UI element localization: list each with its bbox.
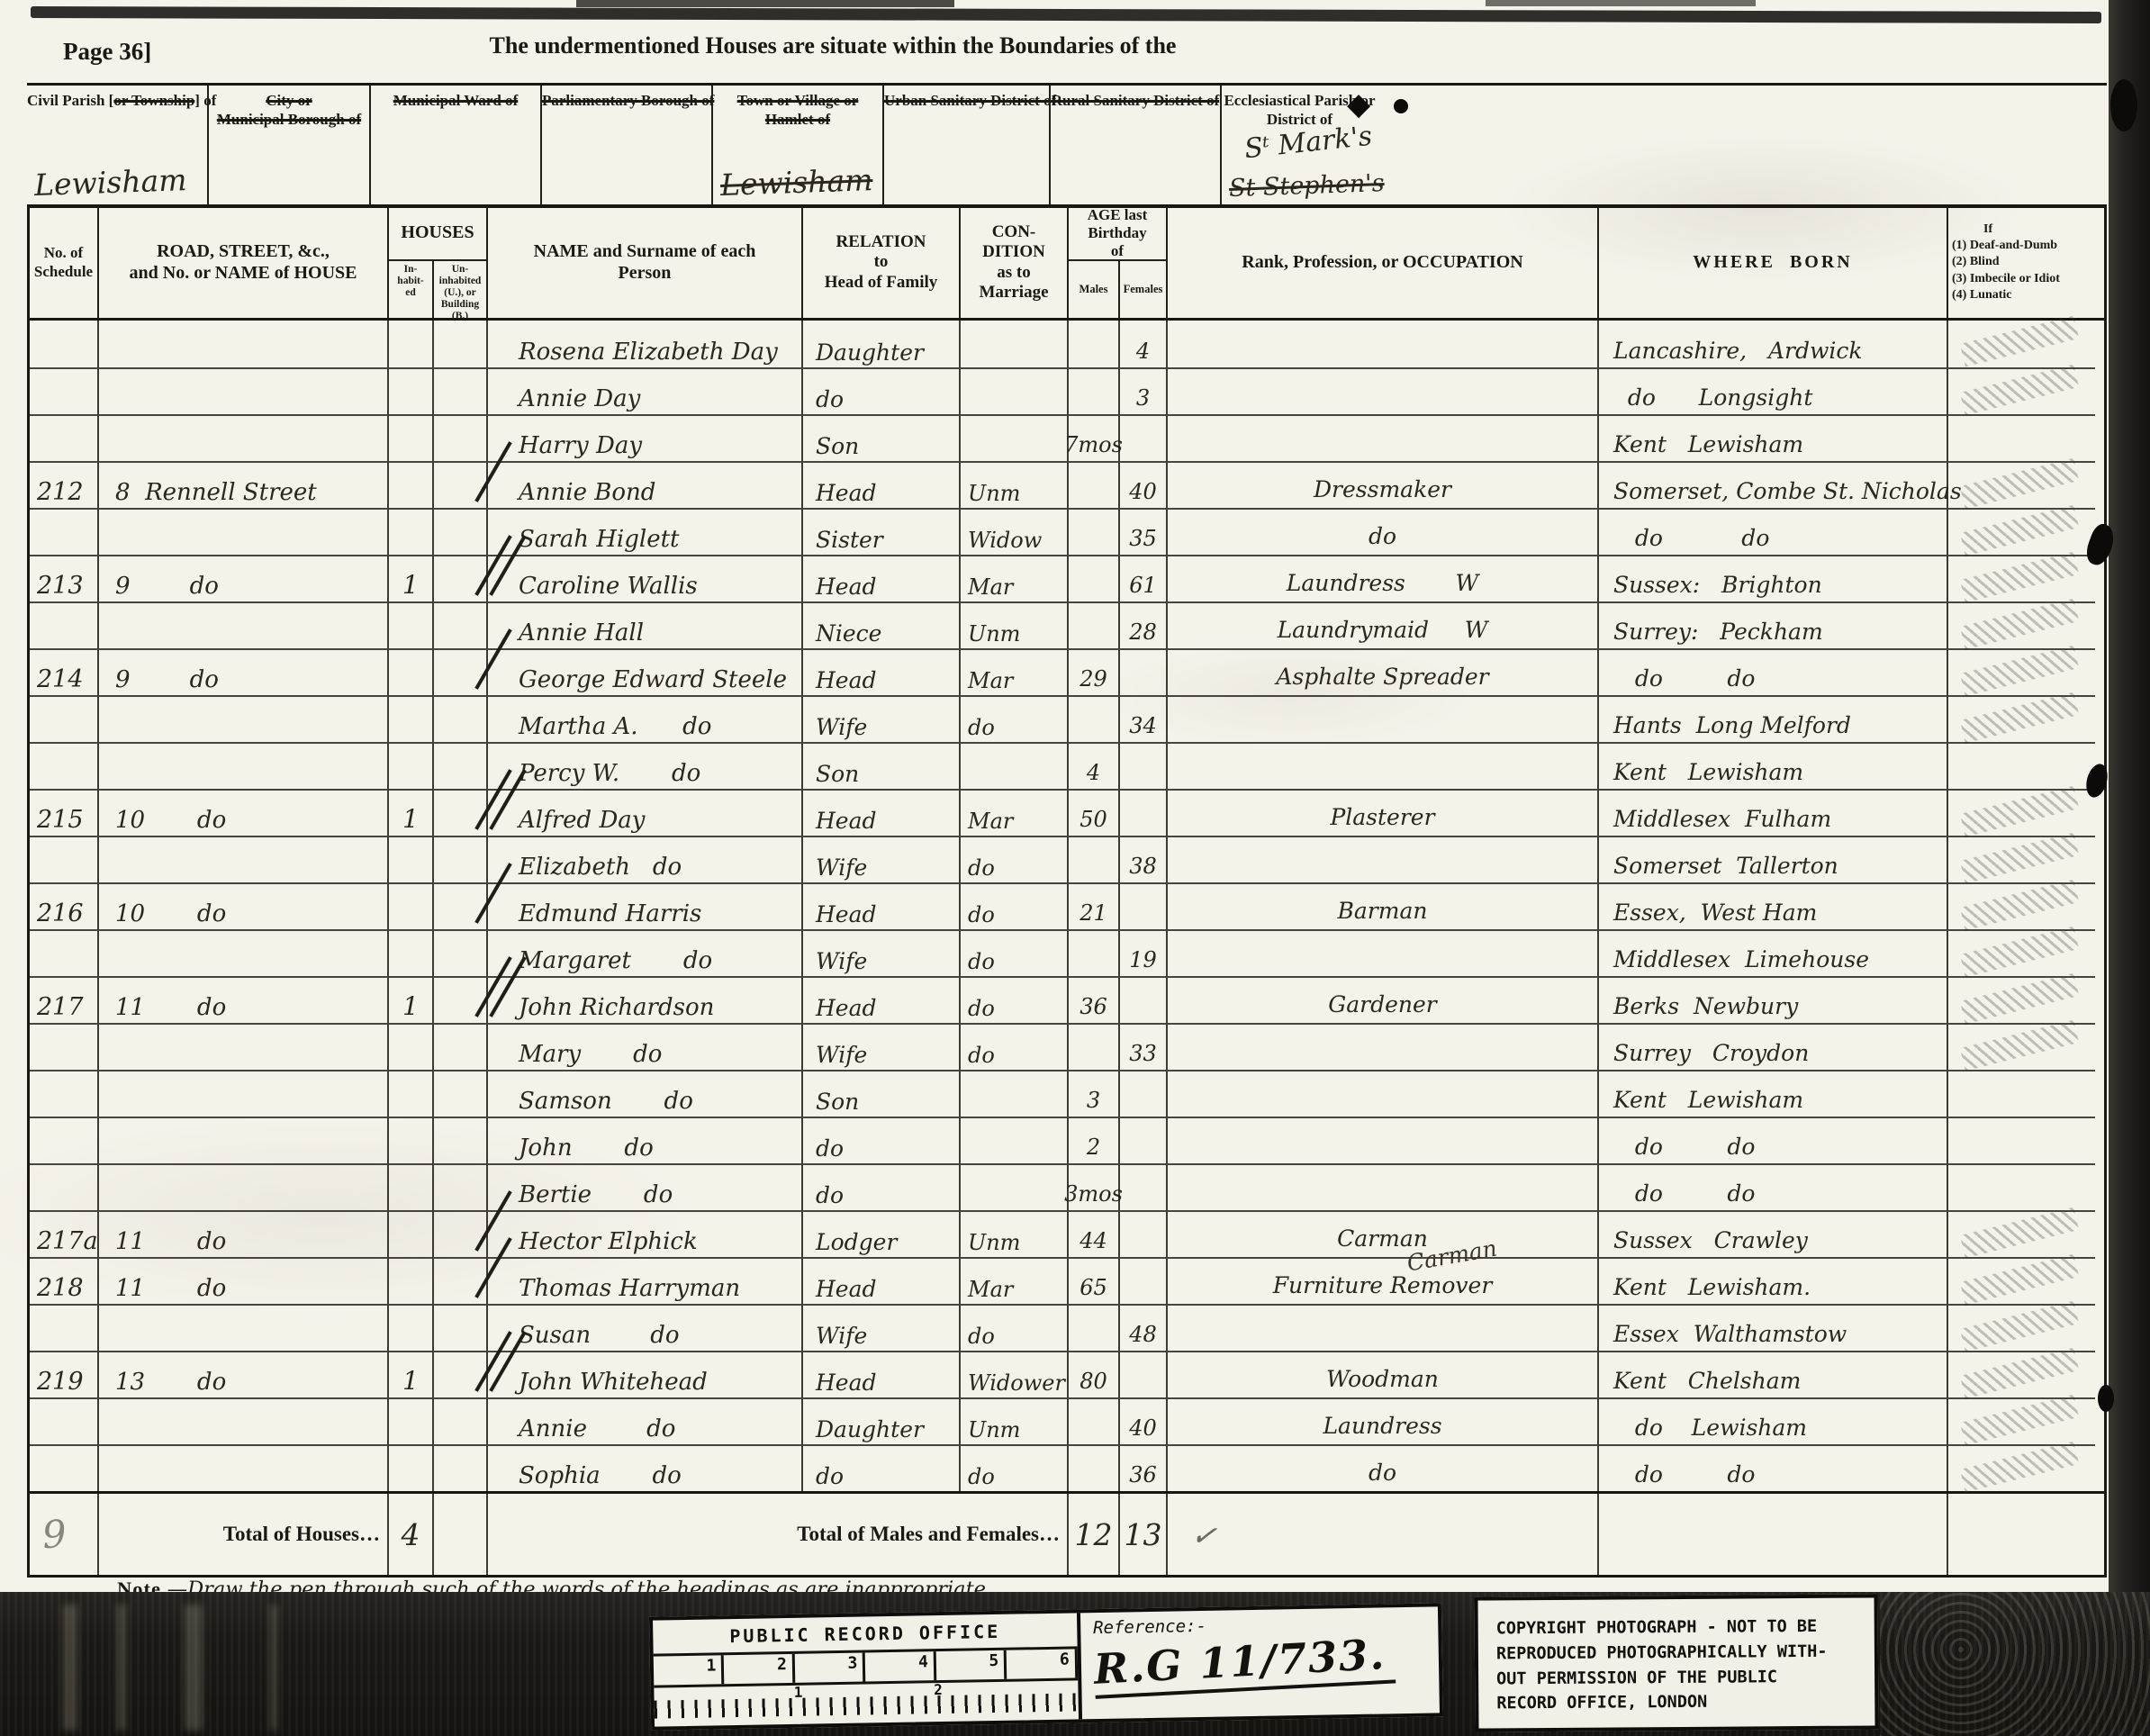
row-10-uninhabited: [432, 742, 486, 789]
row-12-infirmity: [1947, 836, 2095, 882]
row-24-inhabited: [387, 1397, 432, 1444]
row-3-relation: Son: [801, 414, 959, 461]
row-1-schedule: [30, 321, 97, 367]
col-header-road: ROAD, STREET, &c., and No. or NAME of HO…: [97, 207, 387, 318]
row-4-where-born: Somerset, Combe St. Nicholas: [1597, 461, 1947, 508]
row-21-infirmity: [1947, 1257, 2095, 1304]
row-22-schedule: [30, 1304, 97, 1351]
ruler-tick-strip: 1 2: [654, 1680, 1078, 1720]
row-9-relation: Wife: [801, 695, 959, 742]
row-7-where-born: Surrey: Peckham: [1597, 601, 1947, 648]
row-4-road: 8 Rennell Street: [97, 461, 387, 508]
row-17-age-female: [1118, 1070, 1166, 1117]
row-14-where-born: Middlesex Limehouse: [1597, 929, 1947, 976]
row-23-where-born: Kent Chelsham: [1597, 1351, 1947, 1397]
census-table: No. of Schedule ROAD, STREET, &c., and N…: [27, 204, 2107, 1578]
totals-males-females-label: Total of Males and Females…: [488, 1523, 1067, 1546]
row-13-age-female: [1118, 882, 1166, 929]
census-page-scan: Page 36] The undermentioned Houses are s…: [0, 0, 2150, 1736]
ecclesiastical-parish-struck-value: St Stephen's: [1229, 169, 1386, 203]
row-25-age-male: [1067, 1444, 1118, 1491]
row-1-relation: Daughter: [801, 321, 959, 367]
row-7-relation: Niece: [801, 601, 959, 648]
row-12-age-female: 38: [1118, 836, 1166, 882]
row-3-age-female: [1118, 414, 1166, 461]
row-18-road: [97, 1117, 387, 1163]
row-8-schedule: 214: [30, 648, 97, 695]
row-24-condition: Unm: [959, 1397, 1067, 1444]
ruler-number: 4: [865, 1651, 936, 1681]
row-5-age-female: 35: [1118, 508, 1166, 555]
ink-dot: [1394, 99, 1408, 113]
row-15-schedule: 217: [30, 976, 97, 1023]
totals-houses-value-cell: 4: [387, 1494, 432, 1575]
row-5-uninhabited: [432, 508, 486, 555]
row-12-where-born: Somerset Tallerton: [1597, 836, 1947, 882]
row-1-age-female: 4: [1118, 321, 1166, 367]
row-17-infirmity: [1947, 1070, 2095, 1117]
row-8-occupation: Asphalte Spreader: [1166, 648, 1597, 695]
row-10-occupation: [1166, 742, 1597, 789]
row-25-inhabited: [387, 1444, 432, 1491]
row-7-inhabited: [387, 601, 432, 648]
row-23-inhabited: 1: [387, 1351, 432, 1397]
row-24-where-born: do Lewisham: [1597, 1397, 1947, 1444]
row-5-road: [97, 508, 387, 555]
row-13-where-born: Essex, West Ham: [1597, 882, 1947, 929]
row-12-name: Elizabeth do: [486, 836, 801, 882]
row-6-name: Caroline Wallis: [486, 555, 801, 601]
table-body: Rosena Elizabeth DayDaughter4Lancashire,…: [30, 321, 2104, 1491]
row-10-name: Percy W. do: [486, 742, 801, 789]
row-12-condition: do: [959, 836, 1067, 882]
ruler-ticks: [655, 1693, 1079, 1718]
row-9-uninhabited: [432, 695, 486, 742]
row-13-relation: Head: [801, 882, 959, 929]
row-13-schedule: 216: [30, 882, 97, 929]
row-6-road: 9 do: [97, 555, 387, 601]
pencil-scribble: [1960, 1301, 2079, 1352]
civil-parish-label: Civil Parish [or Township] of: [27, 91, 207, 110]
row-16-occupation: [1166, 1023, 1597, 1070]
row-16-age-female: 33: [1118, 1023, 1166, 1070]
row-9-condition: do: [959, 695, 1067, 742]
row-25-infirmity: [1947, 1444, 2095, 1491]
row-18-age-female: [1118, 1117, 1166, 1163]
film-strip: PUBLIC RECORD OFFICE 1 2 3 4 5 6 1 2 Ref…: [0, 1592, 2150, 1736]
row-18-infirmity: [1947, 1117, 2095, 1163]
pencil-scribble: [1960, 1254, 2079, 1306]
row-24-road: [97, 1397, 387, 1444]
row-11-age-female: [1118, 789, 1166, 836]
row-8-age-female: [1118, 648, 1166, 695]
pencil-scribble: [1960, 1395, 2079, 1446]
row-22-relation: Wife: [801, 1304, 959, 1351]
col-header-name: NAME and Surname of each Person: [486, 207, 801, 318]
row-15-name: John Richardson: [486, 976, 801, 1023]
row-6-relation: Head: [801, 555, 959, 601]
row-21-schedule: 218: [30, 1257, 97, 1304]
row-2-occupation: [1166, 367, 1597, 414]
pro-ruler-section: PUBLIC RECORD OFFICE 1 2 3 4 5 6 1 2: [653, 1613, 1079, 1726]
row-21-name: Thomas Harryman: [486, 1257, 801, 1304]
row-11-schedule: 215: [30, 789, 97, 836]
row-7-occupation: Laundrymaid W: [1166, 601, 1597, 648]
row-11-condition: Mar: [959, 789, 1067, 836]
row-10-infirmity: [1947, 742, 2095, 789]
row-25-condition: do: [959, 1444, 1067, 1491]
col-header-females: Females: [1118, 261, 1166, 318]
row-15-infirmity: [1947, 976, 2095, 1023]
row-13-inhabited: [387, 882, 432, 929]
row-10-age-male: 4: [1067, 742, 1118, 789]
pro-office-name: PUBLIC RECORD OFFICE: [653, 1619, 1077, 1648]
row-15-inhabited: 1: [387, 976, 432, 1023]
row-17-uninhabited: [432, 1070, 486, 1117]
field-rural-sanitary: Rural Sanitary District of: [1049, 86, 1220, 205]
row-5-inhabited: [387, 508, 432, 555]
row-6-where-born: Sussex: Brighton: [1597, 555, 1947, 601]
row-20-inhabited: [387, 1210, 432, 1257]
field-parliamentary-borough: Parliamentary Borough of: [540, 86, 711, 205]
field-civil-parish: Civil Parish [or Township] of Lewisham: [27, 86, 207, 205]
row-17-age-male: 3: [1067, 1070, 1118, 1117]
row-3-uninhabited: [432, 414, 486, 461]
row-13-road: 10 do: [97, 882, 387, 929]
col-header-schedule: No. of Schedule: [30, 207, 97, 318]
col-header-inhabited: In- habit- ed: [387, 261, 432, 318]
row-17-name: Samson do: [486, 1070, 801, 1117]
totals-whereborn-cell: [1597, 1494, 1947, 1575]
pencil-scribble: [1960, 973, 2079, 1025]
row-14-infirmity: [1947, 929, 2095, 976]
row-11-infirmity: [1947, 789, 2095, 836]
field-municipal-borough: City or Municipal Borough of: [207, 86, 369, 205]
film-smudge-bar: [576, 0, 954, 7]
row-23-age-male: 80: [1067, 1351, 1118, 1397]
row-10-road: [97, 742, 387, 789]
row-20-occupation: Carman: [1166, 1210, 1597, 1257]
row-19-relation: do: [801, 1163, 959, 1210]
row-24-relation: Daughter: [801, 1397, 959, 1444]
row-10-age-female: [1118, 742, 1166, 789]
row-20-road: 11 do: [97, 1210, 387, 1257]
row-22-infirmity: [1947, 1304, 2095, 1351]
row-10-where-born: Kent Lewisham: [1597, 742, 1947, 789]
row-4-age-female: 40: [1118, 461, 1166, 508]
row-25-schedule: [30, 1444, 97, 1491]
row-15-where-born: Berks Newbury: [1597, 976, 1947, 1023]
row-25-name: Sophia do: [486, 1444, 801, 1491]
row-3-where-born: Kent Lewisham: [1597, 414, 1947, 461]
pencil-scribble: [1960, 1348, 2079, 1399]
pencil-scribble: [1960, 1020, 2079, 1071]
row-3-occupation: [1166, 414, 1597, 461]
row-8-inhabited: [387, 648, 432, 695]
row-12-relation: Wife: [801, 836, 959, 882]
row-19-uninhabited: [432, 1163, 486, 1210]
row-3-infirmity: [1947, 414, 2095, 461]
row-18-condition: [959, 1117, 1067, 1163]
row-8-road: 9 do: [97, 648, 387, 695]
row-14-age-female: 19: [1118, 929, 1166, 976]
municipal-borough-label: City or Municipal Borough of: [209, 91, 369, 130]
public-record-office-stamp: PUBLIC RECORD OFFICE 1 2 3 4 5 6 1 2 Ref…: [649, 1603, 1443, 1730]
row-5-relation: Sister: [801, 508, 959, 555]
row-8-relation: Head: [801, 648, 959, 695]
row-4-name: Annie Bond: [486, 461, 801, 508]
row-22-age-female: 48: [1118, 1304, 1166, 1351]
row-6-age-female: 61: [1118, 555, 1166, 601]
totals-females-cell: 13: [1118, 1494, 1166, 1575]
row-3-road: [97, 414, 387, 461]
totals-occupation-cell: ✓: [1166, 1494, 1597, 1575]
check-mark: ✓: [1165, 1513, 1219, 1555]
town-village-value: Lewisham: [719, 162, 873, 203]
row-16-name: Mary do: [486, 1023, 801, 1070]
pencil-scribble: [1960, 599, 2079, 650]
row-11-name: Alfred Day: [486, 789, 801, 836]
row-20-age-female: [1118, 1210, 1166, 1257]
row-9-age-male: [1067, 695, 1118, 742]
town-village-label: Town or Village or Hamlet of: [713, 91, 882, 130]
col-header-uninhabited: Un- inhabited (U.), or Building (B.): [432, 261, 486, 318]
row-1-infirmity: [1947, 321, 2095, 367]
row-1-condition: [959, 321, 1067, 367]
row-9-name: Martha A. do: [486, 695, 801, 742]
row-19-where-born: do do: [1597, 1163, 1947, 1210]
row-22-where-born: Essex Walthamstow: [1597, 1304, 1947, 1351]
row-7-condition: Unm: [959, 601, 1067, 648]
totals-houses-label-cell: Total of Houses…: [97, 1494, 387, 1575]
row-16-uninhabited: [432, 1023, 486, 1070]
pencil-scribble: [1960, 1442, 2079, 1493]
municipal-ward-label: Municipal Ward of: [371, 91, 540, 110]
ruler-number: 6: [1007, 1649, 1078, 1678]
row-9-schedule: [30, 695, 97, 742]
row-2-age-female: 3: [1118, 367, 1166, 414]
row-24-uninhabited: [432, 1397, 486, 1444]
row-23-schedule: 219: [30, 1351, 97, 1397]
totals-houses-value: 4: [389, 1517, 432, 1552]
row-14-schedule: [30, 929, 97, 976]
civil-parish-value: Lewisham: [33, 162, 187, 203]
row-8-age-male: 29: [1067, 648, 1118, 695]
row-22-inhabited: [387, 1304, 432, 1351]
row-25-age-female: 36: [1118, 1444, 1166, 1491]
row-10-relation: Son: [801, 742, 959, 789]
district-band-filler: [1378, 86, 2107, 205]
row-4-schedule: 212: [30, 461, 97, 508]
row-11-age-male: 50: [1067, 789, 1118, 836]
rural-sanitary-label: Rural Sanitary District of: [1051, 91, 1220, 110]
row-13-infirmity: [1947, 882, 2095, 929]
row-6-age-male: [1067, 555, 1118, 601]
title-band: Page 36] The undermentioned Houses are s…: [27, 25, 2107, 79]
row-22-name: Susan do: [486, 1304, 801, 1351]
row-21-relation: Head: [801, 1257, 959, 1304]
parliamentary-borough-label: Parliamentary Borough of: [542, 91, 711, 110]
row-16-infirmity: [1947, 1023, 2095, 1070]
pencil-scribble: [1960, 833, 2079, 884]
copyright-line: OUT PERMISSION OF THE PUBLIC: [1496, 1664, 1874, 1692]
row-14-relation: Wife: [801, 929, 959, 976]
row-9-infirmity: [1947, 695, 2095, 742]
row-20-age-male: 44: [1067, 1210, 1118, 1257]
row-19-name: Bertie do: [486, 1163, 801, 1210]
row-2-condition: [959, 367, 1067, 414]
row-18-uninhabited: [432, 1117, 486, 1163]
row-6-occupation: Laundress W: [1166, 555, 1597, 601]
row-1-age-male: [1067, 321, 1118, 367]
row-8-where-born: do do: [1597, 648, 1947, 695]
row-13-occupation: Barman: [1166, 882, 1597, 929]
copyright-stamp: COPYRIGHT PHOTOGRAPH - NOT TO BE REPRODU…: [1474, 1594, 1878, 1731]
row-7-road: [97, 601, 387, 648]
row-20-name: Hector Elphick: [486, 1210, 801, 1257]
row-7-name: Annie Hall: [486, 601, 801, 648]
row-23-infirmity: [1947, 1351, 2095, 1397]
reference-section: Reference:- R.G 11/733.: [1077, 1606, 1440, 1719]
field-town-village: Town or Village or Hamlet of Lewisham: [711, 86, 882, 205]
row-8-condition: Mar: [959, 648, 1067, 695]
row-19-road: [97, 1163, 387, 1210]
urban-sanitary-label: Urban Sanitary District of: [884, 91, 1049, 110]
row-1-uninhabited: [432, 321, 486, 367]
page-title: The undermentioned Houses are situate wi…: [27, 32, 1639, 59]
row-7-infirmity: [1947, 601, 2095, 648]
row-25-occupation: do: [1166, 1444, 1597, 1491]
row-1-inhabited: [387, 321, 432, 367]
row-18-relation: do: [801, 1117, 959, 1163]
row-12-road: [97, 836, 387, 882]
row-14-occupation: [1166, 929, 1597, 976]
row-3-name: Harry Day: [486, 414, 801, 461]
row-8-name: George Edward Steele: [486, 648, 801, 695]
row-10-schedule: [30, 742, 97, 789]
row-18-name: John do: [486, 1117, 801, 1163]
row-15-condition: do: [959, 976, 1067, 1023]
row-23-name: John Whitehead: [486, 1351, 801, 1397]
row-25-relation: do: [801, 1444, 959, 1491]
film-texture: [1880, 1592, 2150, 1736]
pencil-note: 9: [28, 1511, 68, 1558]
film-edge: [2109, 0, 2150, 1598]
row-4-relation: Head: [801, 461, 959, 508]
totals-margin-cell: 9: [30, 1494, 97, 1575]
row-9-where-born: Hants Long Melford: [1597, 695, 1947, 742]
row-3-age-male: 7mos: [1067, 414, 1118, 461]
ruler-number: 5: [936, 1650, 1007, 1680]
row-7-age-male: [1067, 601, 1118, 648]
row-2-uninhabited: [432, 367, 486, 414]
row-3-schedule: [30, 414, 97, 461]
row-15-age-female: [1118, 976, 1166, 1023]
row-4-infirmity: [1947, 461, 2095, 508]
row-2-age-male: [1067, 367, 1118, 414]
row-3-inhabited: [387, 414, 432, 461]
row-23-relation: Head: [801, 1351, 959, 1397]
row-23-condition: Widower: [959, 1351, 1067, 1397]
col-header-occupation: Rank, Profession, or OCCUPATION: [1166, 207, 1597, 318]
diamond-mark-icon: ◆: [1347, 86, 1370, 122]
row-18-occupation: [1166, 1117, 1597, 1163]
film-blob: [2098, 1385, 2114, 1412]
district-header-band: Civil Parish [or Township] of Lewisham C…: [27, 83, 2107, 208]
col-group-houses: HOUSES: [387, 207, 486, 261]
row-12-occupation: [1166, 836, 1597, 882]
row-23-road: 13 do: [97, 1351, 387, 1397]
row-1-name: Rosena Elizabeth Day: [486, 321, 801, 367]
row-17-occupation: [1166, 1070, 1597, 1117]
copyright-line: RECORD OFFICE, LONDON: [1496, 1689, 1874, 1717]
row-23-age-female: [1118, 1351, 1166, 1397]
row-20-relation: Lodger: [801, 1210, 959, 1257]
col-header-infirmity: If (1) Deaf-and-Dumb (2) Blind (3) Imbec…: [1947, 207, 2095, 318]
pencil-scribble: [1960, 646, 2079, 697]
row-11-where-born: Middlesex Fulham: [1597, 789, 1947, 836]
film-streak: [270, 1605, 277, 1731]
row-10-inhabited: [387, 742, 432, 789]
row-12-uninhabited: [432, 836, 486, 882]
row-20-infirmity: [1947, 1210, 2095, 1257]
row-7-uninhabited: [432, 601, 486, 648]
row-1-where-born: Lancashire, Ardwick: [1597, 321, 1947, 367]
row-7-schedule: [30, 601, 97, 648]
reference-value: R.G 11/733.: [1093, 1629, 1396, 1698]
row-17-where-born: Kent Lewisham: [1597, 1070, 1947, 1117]
row-19-age-male: 3mos: [1067, 1163, 1118, 1210]
row-14-name: Margaret do: [486, 929, 801, 976]
row-15-road: 11 do: [97, 976, 387, 1023]
row-9-occupation: [1166, 695, 1597, 742]
row-25-road: [97, 1444, 387, 1491]
row-23-occupation: Woodman: [1166, 1351, 1597, 1397]
film-smudge-bar: [31, 6, 2101, 23]
row-16-schedule: [30, 1023, 97, 1070]
field-municipal-ward: Municipal Ward of: [369, 86, 540, 205]
row-4-occupation: Dressmaker: [1166, 461, 1597, 508]
row-4-inhabited: [387, 461, 432, 508]
film-streak: [63, 1605, 77, 1731]
field-urban-sanitary: Urban Sanitary District of: [882, 86, 1049, 205]
row-6-inhabited: 1: [387, 555, 432, 601]
row-21-where-born: Kent Lewisham.: [1597, 1257, 1947, 1304]
row-14-uninhabited: [432, 929, 486, 976]
row-5-occupation: do: [1166, 508, 1597, 555]
film-smudge-bar: [1486, 0, 1756, 6]
row-17-condition: [959, 1070, 1067, 1117]
pencil-scribble: [1960, 458, 2079, 510]
row-24-infirmity: [1947, 1397, 2095, 1444]
row-21-condition: Mar: [959, 1257, 1067, 1304]
row-5-schedule: [30, 508, 97, 555]
film-streak: [185, 1605, 203, 1731]
row-11-relation: Head: [801, 789, 959, 836]
totals-females-value: 13: [1120, 1517, 1166, 1552]
row-2-inhabited: [387, 367, 432, 414]
row-15-relation: Head: [801, 976, 959, 1023]
row-22-uninhabited: [432, 1304, 486, 1351]
totals-empty-cell: [432, 1494, 486, 1575]
row-9-road: [97, 695, 387, 742]
row-2-schedule: [30, 367, 97, 414]
row-8-infirmity: [1947, 648, 2095, 695]
row-2-relation: do: [801, 367, 959, 414]
totals-males-cell: 12: [1067, 1494, 1118, 1575]
row-1-road: [97, 321, 387, 367]
totals-row: 9 Total of Houses… 4 Total of Males and …: [30, 1491, 2104, 1575]
